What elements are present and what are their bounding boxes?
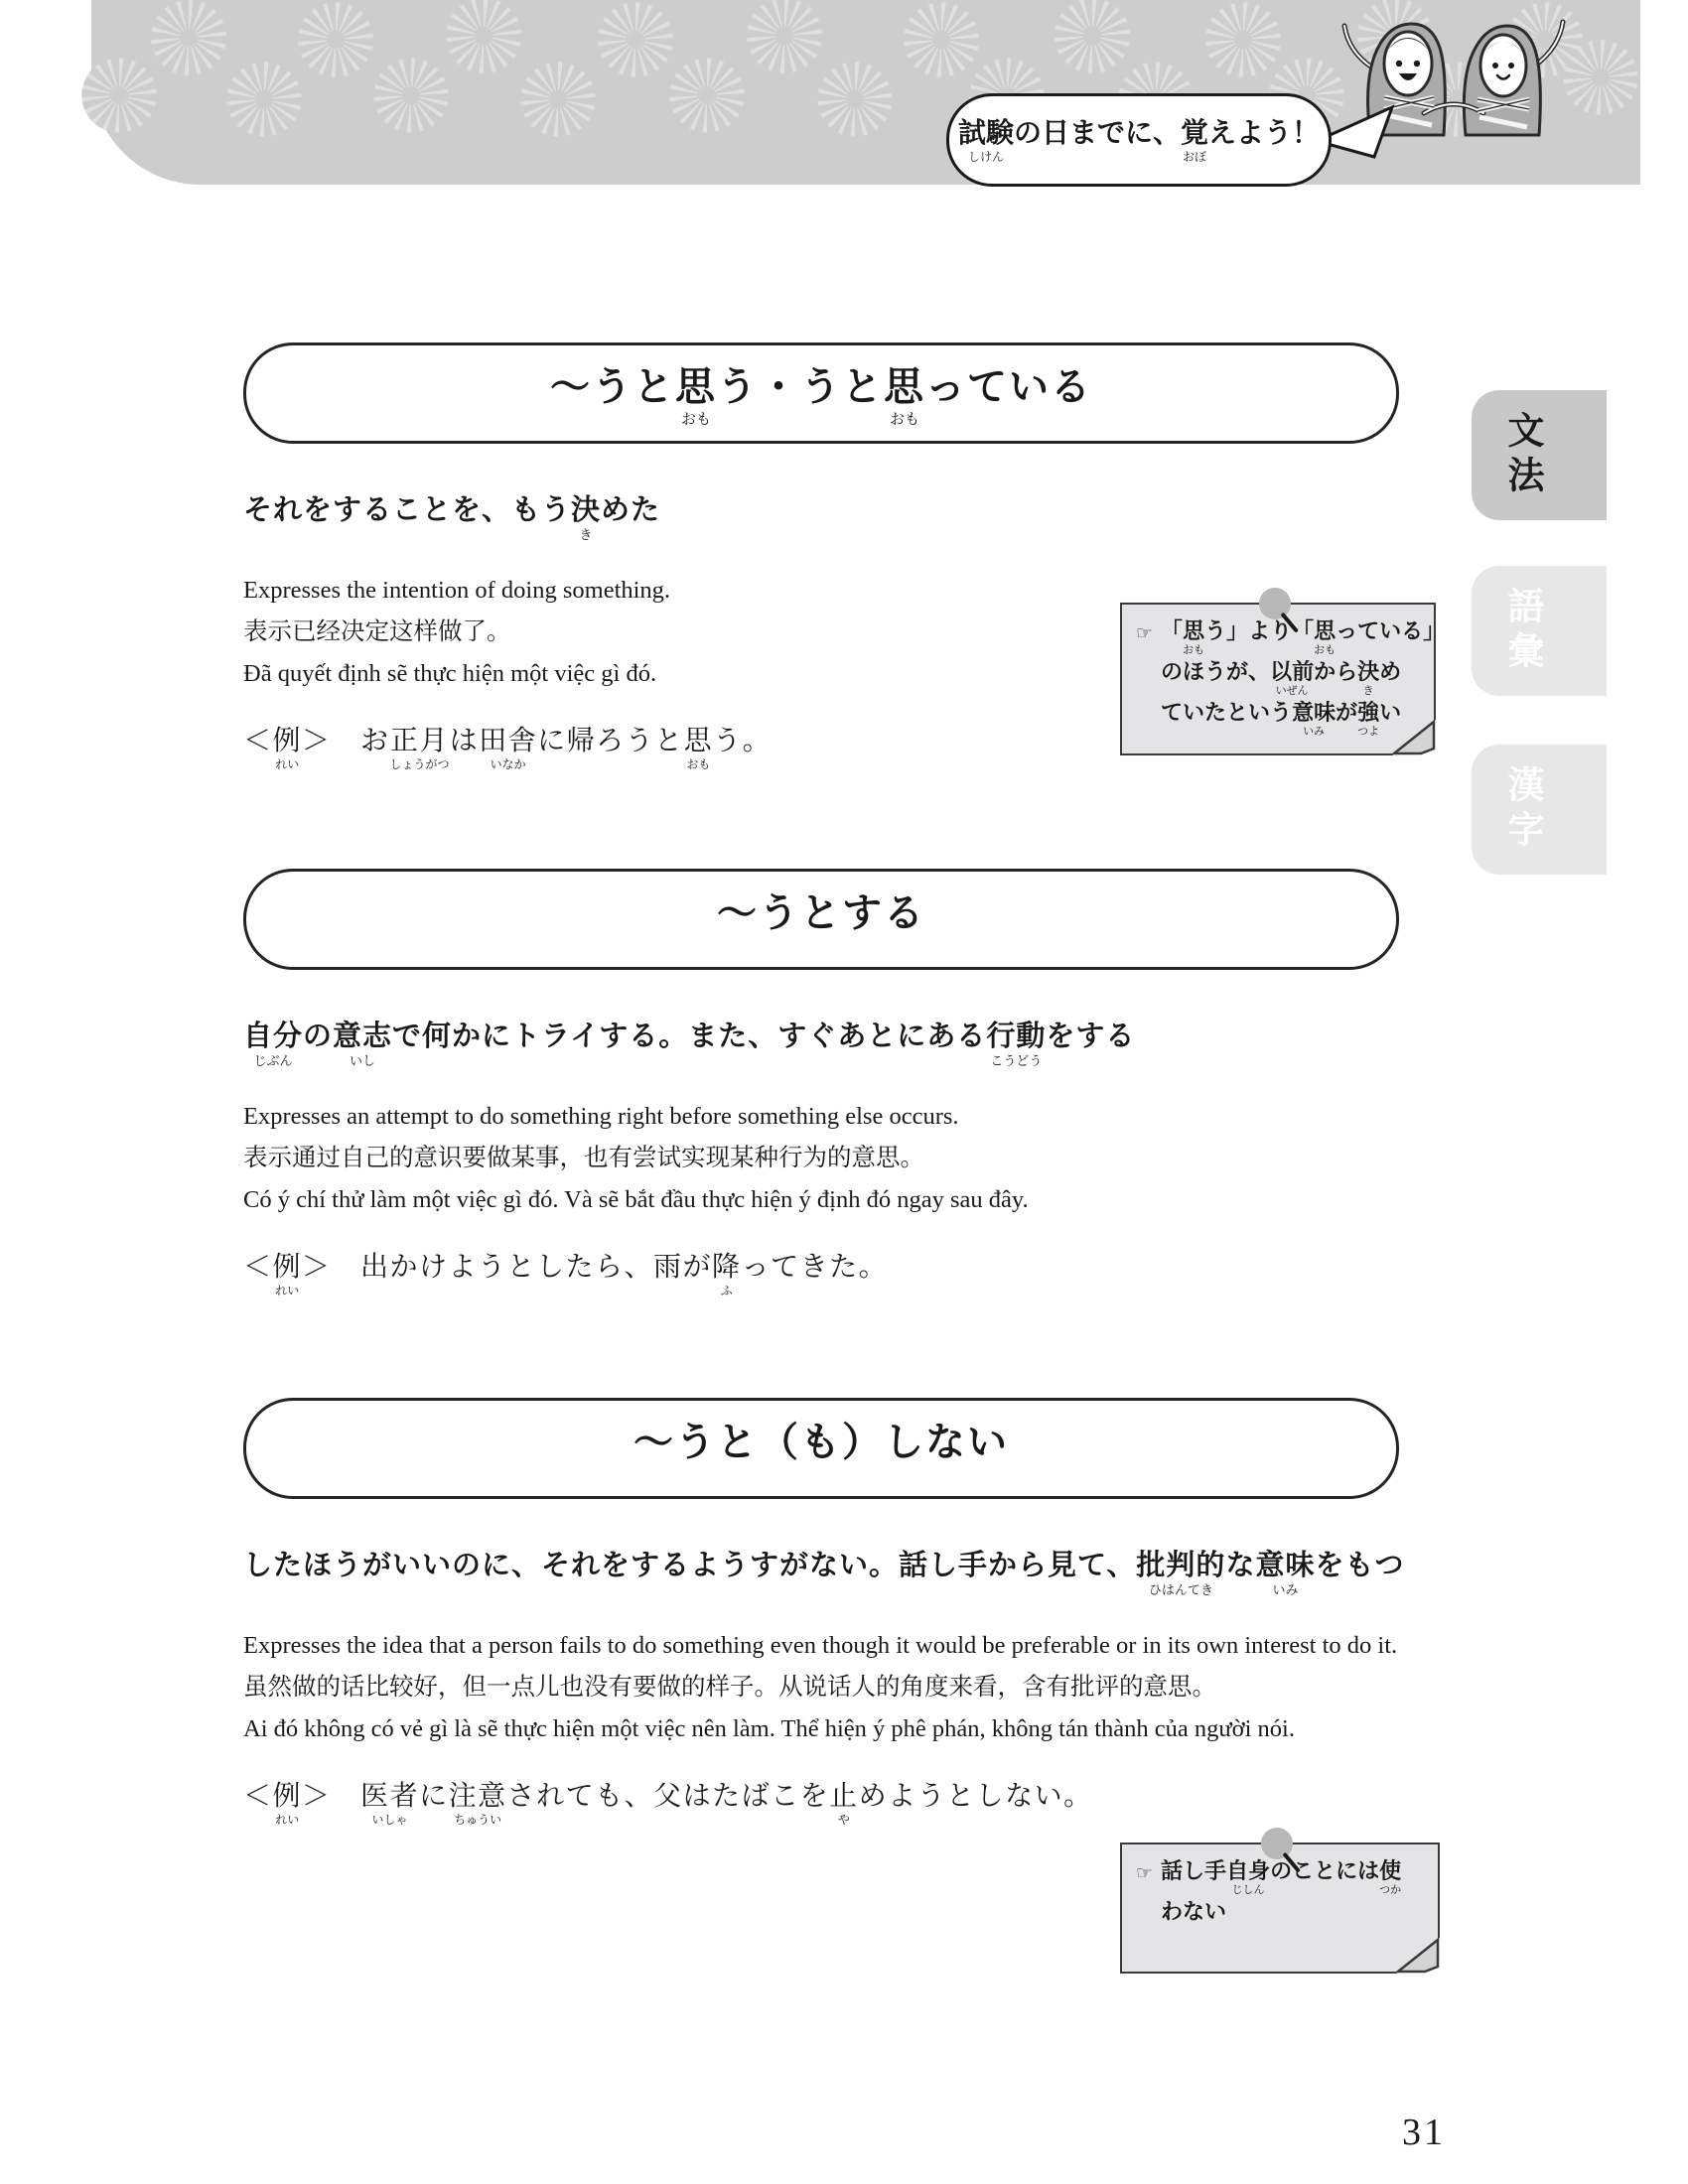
meaning-chinese: 表示通过自己的意识要做某事，也有尝试实现某种行为的意思。 bbox=[243, 1138, 1445, 1179]
pointing-hand-icon: ☞ bbox=[1136, 622, 1153, 741]
note-text-line: わない bbox=[1161, 1899, 1401, 1940]
tab-kanji: 漢字 bbox=[1472, 745, 1607, 875]
tab-label: 漢字 bbox=[1495, 765, 1549, 855]
pointing-hand-icon: ☞ bbox=[1136, 1862, 1153, 1940]
flower-icon bbox=[373, 58, 449, 133]
flower-icon bbox=[817, 62, 893, 137]
flower-icon bbox=[442, 0, 525, 77]
example-sentence: ＜ 例れい＞ 医者いしゃに 注意ちゅういされても、父はたばこを 止やめようとしな… bbox=[243, 1780, 1445, 1828]
speech-bubble-text: 試験しけんの日までに、 覚おぼえよう！ bbox=[958, 116, 1320, 163]
grammar-pattern-title: ～うとする bbox=[717, 890, 925, 954]
grammar-section-3: ～うと（も）しない したほうがいいのに、それをするようすがない。話し手から見て、… bbox=[243, 1398, 1445, 1828]
note-text-line: 話し手 自身じしんのことには 使つか bbox=[1161, 1858, 1401, 1899]
tip-note-1: ☞ 「 思おもう」より「 思おもっている」 のほうが、 以前いぜんから 決きめ … bbox=[1120, 603, 1436, 755]
pushpin-icon bbox=[1259, 588, 1291, 619]
tab-label: 文法 bbox=[1495, 411, 1549, 500]
translations: Expresses an attempt to do something rig… bbox=[243, 1096, 1445, 1221]
meaning-chinese: 虽然做的话比较好，但一点儿也没有要做的样子。从说话人的角度来看，含有批评的意思。 bbox=[243, 1667, 1445, 1708]
textbook-page: 試験しけんの日までに、 覚おぼえよう！ ～うと 思おもう・うと 思おもっている … bbox=[0, 0, 1688, 2184]
flower-icon bbox=[294, 0, 377, 81]
folded-corner-icon bbox=[1391, 719, 1437, 756]
note-text-line: 「 思おもう」より「 思おもっている」 bbox=[1161, 618, 1445, 659]
meaning-english: Expresses the idea that a person fails t… bbox=[243, 1625, 1445, 1667]
flower-icon bbox=[743, 0, 826, 77]
meaning-english: Expresses an attempt to do something rig… bbox=[243, 1096, 1445, 1138]
tab-label: 語彙 bbox=[1495, 587, 1549, 676]
exam-reminder-speech-bubble: 試験しけんの日までに、 覚おぼえよう！ bbox=[946, 93, 1332, 187]
tab-vocabulary: 語彙 bbox=[1472, 566, 1607, 696]
grammar-pattern-title: ～うと 思おもう・うと 思おもっている bbox=[550, 364, 1092, 428]
grammar-pattern-title: ～うと（も）しない bbox=[633, 1420, 1009, 1483]
grammar-section-2: ～うとする 自分じぶんの 意志いしで何かにトライする。また、すぐあとにある 行動… bbox=[243, 869, 1445, 1298]
pushpin-icon bbox=[1261, 1828, 1293, 1859]
page-number: 31 bbox=[1402, 2111, 1446, 2154]
meaning-japanese: それをすることを、もう 決きめた bbox=[243, 493, 1445, 542]
note-text-line: のほうが、 以前いぜんから 決きめ bbox=[1161, 659, 1445, 700]
meaning-japanese: したほうがいいのに、それをするようすがない。話し手から見て、 批判的ひはんてきな… bbox=[243, 1549, 1445, 1597]
tab-grammar: 文法 bbox=[1472, 390, 1607, 520]
grammar-title-pill: ～うと（も）しない bbox=[243, 1398, 1399, 1499]
flower-icon bbox=[1051, 0, 1134, 77]
meaning-vietnamese: Ai đó không có vẻ gì là sẽ thực hiện một… bbox=[243, 1708, 1445, 1750]
flower-icon bbox=[81, 58, 157, 133]
folded-corner-icon bbox=[1395, 1937, 1441, 1975]
grammar-title-pill: ～うと 思おもう・うと 思おもっている bbox=[243, 342, 1399, 444]
flower-icon bbox=[226, 62, 302, 137]
flower-icon bbox=[594, 0, 677, 81]
flower-icon bbox=[147, 0, 230, 79]
translations: Expresses the idea that a person fails t… bbox=[243, 1625, 1445, 1750]
grammar-title-pill: ～うとする bbox=[243, 869, 1399, 970]
flower-icon bbox=[1201, 0, 1285, 81]
example-sentence: ＜ 例れい＞ 出かけようとしたら、雨が 降ふってきた。 bbox=[243, 1251, 1445, 1298]
flower-icon bbox=[520, 62, 596, 137]
meaning-vietnamese: Có ý chí thử làm một việc gì đó. Và sẽ b… bbox=[243, 1179, 1445, 1221]
flower-icon bbox=[669, 58, 745, 133]
tip-note-2: ☞ 話し手 自身じしんのことには 使つか わない bbox=[1120, 1843, 1440, 1974]
flower-icon bbox=[900, 0, 983, 81]
meaning-japanese: 自分じぶんの 意志いしで何かにトライする。また、すぐあとにある 行動こうどうをす… bbox=[243, 1020, 1445, 1068]
